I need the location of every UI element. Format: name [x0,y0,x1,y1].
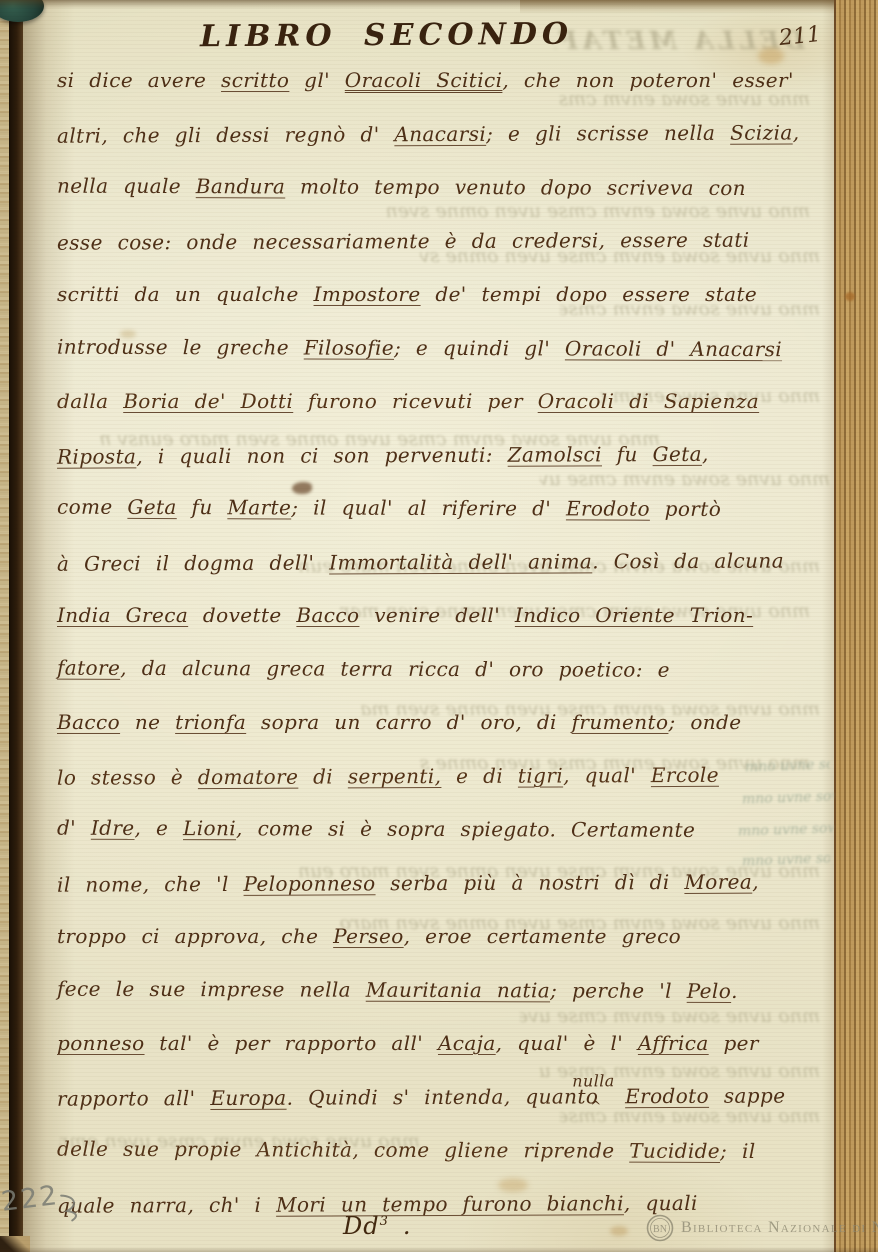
underlined-word: serpenti, [348,763,442,787]
underlined-word: Oracoli d' Anacarsi [565,336,782,361]
manuscript-line: scritti da un qualche Impostore de' temp… [57,267,832,321]
text-segment: dovette [188,603,296,627]
text-segment: esse cose: onde necessariamente è da cre… [57,227,750,254]
text-segment: furono ricevuti per [293,389,537,413]
manuscript-line: d' Idre, e Lioni, come si è sopra spiega… [57,801,832,857]
text-segment: de' tempi dopo essere state [421,282,758,306]
text-segment: per [709,1031,759,1055]
binding-gutter-edge [9,0,23,1252]
text-segment: fu [602,441,653,465]
underlined-word: Oracoli di Sapienza [538,389,759,413]
text-segment: e di [441,763,518,787]
text-segment: , [702,441,709,465]
text-segment: scritti da un qualche [57,282,314,306]
underlined-word: Filosofie [304,335,394,359]
catchword-base: Dd [343,1212,380,1240]
library-stamp: BN Biblioteca Nazionale di Napoli [646,1214,878,1242]
text-segment: rapporto all' [57,1085,210,1110]
text-segment: , come si è sopra spiegato. Certamente [236,816,695,842]
text-segment: introdusse le greche [57,334,304,359]
manuscript-line: India Greca dovette Bacco venire dell' I… [57,588,832,642]
text-segment: lo stesso è [57,764,198,789]
catchword-period: . [403,1212,412,1240]
underlined-word: tigri [518,763,563,787]
bottom-edge-shadow [0,1247,878,1252]
underlined-word: Riposta [57,444,136,468]
underlined-word: ponneso [57,1031,145,1055]
text-segment: ; onde [668,710,741,734]
underlined-word: Europa [210,1085,286,1109]
manuscript-line: ponneso tal' è per rapporto all' Acaja, … [57,1016,832,1070]
text-segment: . [731,978,738,1002]
text-segment: . Quindi s' intenda, quanto [286,1084,598,1109]
text-segment: , da alcuna greca terra ricca d' oro poe… [120,655,670,681]
underlined-word: Bandura [196,174,286,198]
manuscript-line: rapporto all' Europa. Quindi s' intenda,… [57,1068,832,1125]
text-segment: , e [135,816,184,840]
manuscript-line: Riposta, i quali non ci son pervenuti: Z… [57,426,832,483]
text-segment: sopra un carro d' oro, di [246,710,571,734]
fore-edge-page-stack [834,0,878,1252]
underlined-word: Impostore [314,282,421,306]
text-segment: , qual' è l' [496,1031,638,1055]
text-segment: come [57,494,127,518]
text-segment: , [793,120,800,144]
underlined-word: trionfa [175,710,246,734]
text-segment: altri, che gli dessi regnò d' [57,121,394,146]
text-segment: ; perche 'l [550,978,687,1002]
manuscript-line: nella quale Bandura molto tempo venuto d… [57,159,832,215]
underlined-word: Marte [227,495,291,519]
underlined-word: scritto [221,68,289,92]
underlined-word: Pelo [687,978,732,1002]
underlined-word: Mori un tempo furono bianchi [276,1190,624,1216]
underlined-word: Affrica [638,1031,709,1055]
text-segment: , i quali non ci son pervenuti: [136,442,507,468]
underlined-word: Ercole [651,762,719,786]
text-block: si dice avere scritto gl' Oracoli Scitic… [57,53,832,1230]
underlined-word: domatore [198,764,299,788]
text-segment: ; e gli scrisse nella [486,120,730,145]
underlined-word: Peloponneso [243,871,375,896]
text-segment: , che non poteron' esser' [502,68,793,92]
manuscript-line: troppo ci approva, che Perseo, eroe cert… [57,909,832,963]
underlined-word: Idre [91,816,135,840]
manuscript-line: esse cose: onde necessariamente è da cre… [57,212,832,269]
manuscript-line: delle sue propie Antichità, come gliene … [57,1122,832,1178]
underlined-word: Immortalità dell' anima [329,549,592,574]
underlined-word: Erodoto [625,1083,709,1107]
underlined-word: Tucidide [629,1138,720,1162]
pencil-flourish [58,1191,83,1223]
page-title: LIBRO SECONDO [200,17,573,55]
manuscript-line: fece le sue imprese nella Mauritania nat… [57,961,832,1017]
manuscript-line: lo stesso è domatore di serpenti, e di t… [57,747,832,804]
text-segment: venire dell' [359,603,514,627]
underlined-word: Morea [684,869,752,893]
catchword: Dd3. [343,1212,412,1240]
text-segment: serba più à nostri dì di [375,869,684,894]
manuscript-line: il nome, che 'l Peloponneso serba più à … [57,854,832,911]
pencil-foliation-number: 222 [0,1180,61,1218]
text-segment: sappe [709,1083,785,1107]
manuscript-line: come Geta fu Marte; il qual' al riferire… [57,480,832,536]
text-segment: portò [650,496,721,520]
underlined-word: Geta [652,441,701,465]
underlined-word: Geta [127,495,176,519]
manuscript-line: à Greci il dogma dell' Immortalità dell'… [57,533,832,590]
underlined-word: Mauritania natia [366,977,550,1002]
bleedthrough-title: DELLA METAFISICA [555,26,805,56]
text-segment: delle sue propie Antichità, come gliene … [57,1136,629,1162]
underlined-word: Indico Oriente Trion- [515,603,753,627]
underlined-word: Bacco [57,710,120,734]
text-segment: , [752,869,759,893]
text-segment: fu [177,495,228,519]
manuscript-line: si dice avere scritto gl' Oracoli Scitic… [57,53,832,107]
text-segment: gl' [289,68,344,92]
text-segment: , quali [624,1190,698,1214]
text-segment: , eroe certamente greco [404,924,681,948]
underlined-word: fatore [57,655,120,679]
text-segment: ; e quindi gl' [394,335,565,360]
underlined-word: Oracoli Scitici [345,68,503,92]
underlined-word: Lioni [183,816,236,840]
text-segment: fece le sue imprese nella [57,976,366,1001]
text-segment: ; il qual' al riferire d' [291,495,566,520]
stamp-monogram: BN [653,1224,667,1235]
interlinear-insertion: nulla^ [598,1086,610,1106]
underlined-word: Bacco [296,603,359,627]
underlined-word: frumento [572,710,669,734]
text-segment: d' [57,815,91,839]
manuscript-line: introdusse le greche Filosofie; e quindi… [57,319,832,375]
text-segment: , qual' [563,762,651,786]
manuscript-line: fatore, da alcuna greca terra ricca d' o… [57,640,832,696]
text-segment: dalla [57,389,123,413]
underlined-word: Boria de' Dotti [123,389,293,413]
underlined-word: Anacarsi [394,121,486,145]
underlined-word: India Greca [57,603,188,627]
library-stamp-label: Biblioteca Nazionale di Napoli [681,1219,878,1237]
text-segment: à Greci il dogma dell' [57,550,329,575]
text-segment: il nome, che 'l [57,871,244,896]
catchword-superscript: 3 [380,1214,389,1229]
underlined-word: Perseo [333,924,404,948]
manuscript-line: altri, che gli dessi regnò d' Anacarsi; … [57,105,832,162]
manuscript-line: Bacco ne trionfa sopra un carro d' oro, … [57,695,832,749]
library-logo-icon: BN [646,1214,674,1242]
text-segment: nella quale [57,173,196,197]
underlined-word: Scizia [730,120,793,144]
text-segment: si dice avere [57,68,221,92]
folio-number: 211 [778,22,822,51]
underlined-word: Erodoto [566,496,650,520]
manuscript-line: dalla Boria de' Dotti furono ricevuti pe… [57,374,832,428]
text-segment: . Così da alcuna [592,548,784,573]
text-segment: quale narra, ch' i [57,1192,276,1217]
manuscript-page-scan: DELLA METAFISICA mno uvne sowa envm cmse… [0,0,878,1252]
underlined-word: Zamolsci [508,442,602,466]
underlined-word: Acaja [438,1031,496,1055]
text-segment: di [298,764,348,788]
text-segment: ; il [720,1139,756,1163]
text-segment: molto tempo venuto dopo scriveva con [285,174,746,200]
text-segment: tal' è per rapporto all' [145,1031,438,1055]
text-segment: ne [120,710,175,734]
text-segment: troppo ci approva, che [57,924,333,948]
